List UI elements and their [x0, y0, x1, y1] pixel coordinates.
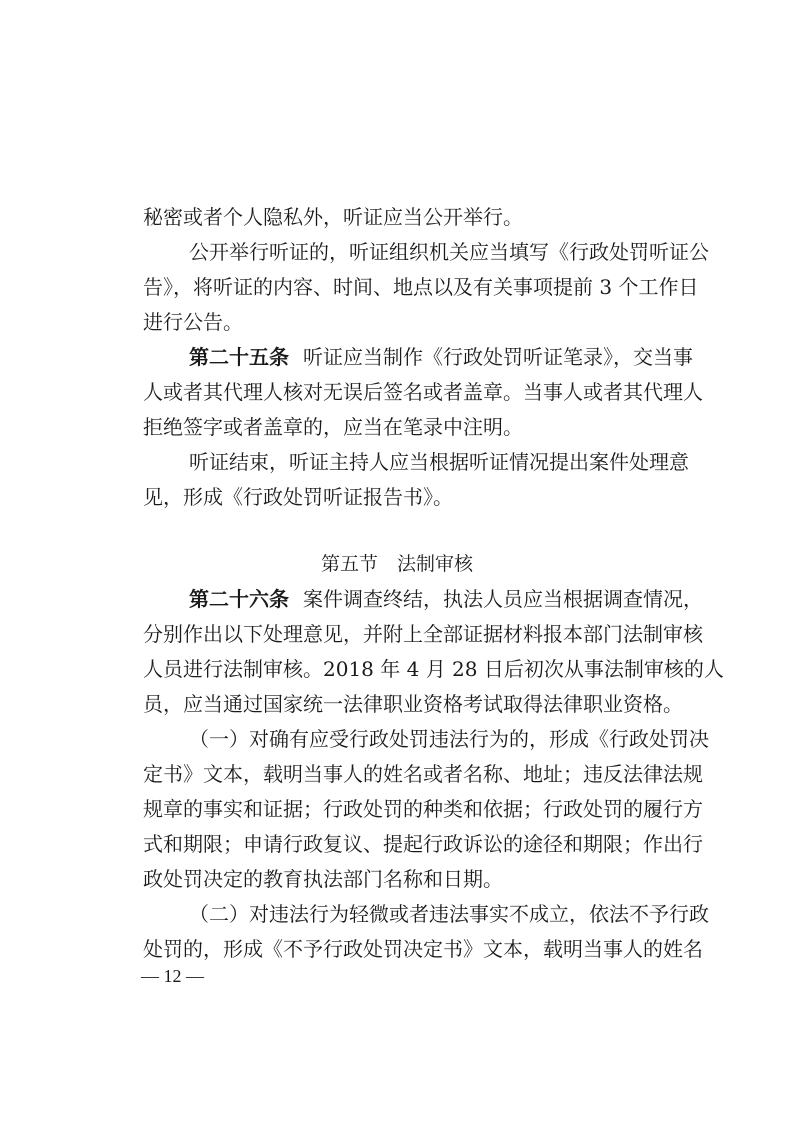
text-line: （二）对违法行为轻微或者违法事实不成立，依法不予行政 — [143, 897, 651, 932]
article-26: 第二十六条案件调查终结，执法人员应当根据调查情况， 分别作出以下处理意见，并附上… — [143, 582, 651, 722]
text-line: 第二十六条案件调查终结，执法人员应当根据调查情况， — [143, 582, 651, 617]
item-2: （二）对违法行为轻微或者违法事实不成立，依法不予行政 处罚的，形成《不予行政处罚… — [143, 897, 651, 967]
text-line: （一）对确有应受行政处罚违法行为的，形成《行政处罚决 — [143, 722, 651, 757]
article-text: 案件调查终结，执法人员应当根据调查情况， — [303, 587, 703, 611]
text-line: 人员进行法制审核。2018 年 4 月 28 日后初次从事法制审核的人 — [143, 652, 651, 687]
item-1: （一）对确有应受行政处罚违法行为的，形成《行政处罚决 定书》文本，载明当事人的姓… — [143, 722, 651, 897]
document-page: 秘密或者个人隐私外，听证应当公开举行。 公开举行听证的，听证组织机关应当填写《行… — [143, 200, 651, 967]
text-line: 处罚的，形成《不予行政处罚决定书》文本，载明当事人的姓名 — [143, 932, 651, 967]
text-line: 定书》文本，载明当事人的姓名或者名称、地址；违反法律法规 — [143, 757, 651, 792]
text-line: 进行公告。 — [143, 305, 651, 340]
text-line: 政处罚决定的教育执法部门名称和日期。 — [143, 862, 651, 897]
text-line: 公开举行听证的，听证组织机关应当填写《行政处罚听证公 — [143, 235, 651, 270]
paragraph-public-hearing-notice: 公开举行听证的，听证组织机关应当填写《行政处罚听证公 告》，将听证的内容、时间、… — [143, 235, 651, 340]
article-label: 第二十六条 — [189, 587, 289, 611]
article-label: 第二十五条 — [189, 345, 289, 369]
text-line: 告》，将听证的内容、时间、地点以及有关事项提前 3 个工作日 — [143, 270, 651, 305]
paragraph-hearing-conclusion: 听证结束，听证主持人应当根据听证情况提出案件处理意 见，形成《行政处罚听证报告书… — [143, 445, 651, 515]
text-line: 式和期限；申请行政复议、提起行政诉讼的途径和期限；作出行 — [143, 827, 651, 862]
page-number: — 12 — — [141, 966, 204, 987]
section-title: 第五节 法制审核 — [143, 547, 651, 582]
text-line: 第二十五条听证应当制作《行政处罚听证笔录》，交当事 — [143, 340, 651, 375]
text-line: 规章的事实和证据；行政处罚的种类和依据；行政处罚的履行方 — [143, 792, 651, 827]
text-line: 分别作出以下处理意见，并附上全部证据材料报本部门法制审核 — [143, 617, 651, 652]
text-line: 见，形成《行政处罚听证报告书》。 — [143, 480, 651, 515]
article-text: 听证应当制作《行政处罚听证笔录》，交当事 — [303, 345, 693, 369]
text-line: 员，应当通过国家统一法律职业资格考试取得法律职业资格。 — [143, 687, 651, 722]
paragraph-continuation: 秘密或者个人隐私外，听证应当公开举行。 — [143, 200, 651, 235]
text-line: 拒绝签字或者盖章的，应当在笔录中注明。 — [143, 410, 651, 445]
article-25: 第二十五条听证应当制作《行政处罚听证笔录》，交当事 人或者其代理人核对无误后签名… — [143, 340, 651, 445]
text-line: 听证结束，听证主持人应当根据听证情况提出案件处理意 — [143, 445, 651, 480]
text-line: 秘密或者个人隐私外，听证应当公开举行。 — [143, 200, 651, 235]
text-line: 人或者其代理人核对无误后签名或者盖章。当事人或者其代理人 — [143, 375, 651, 410]
